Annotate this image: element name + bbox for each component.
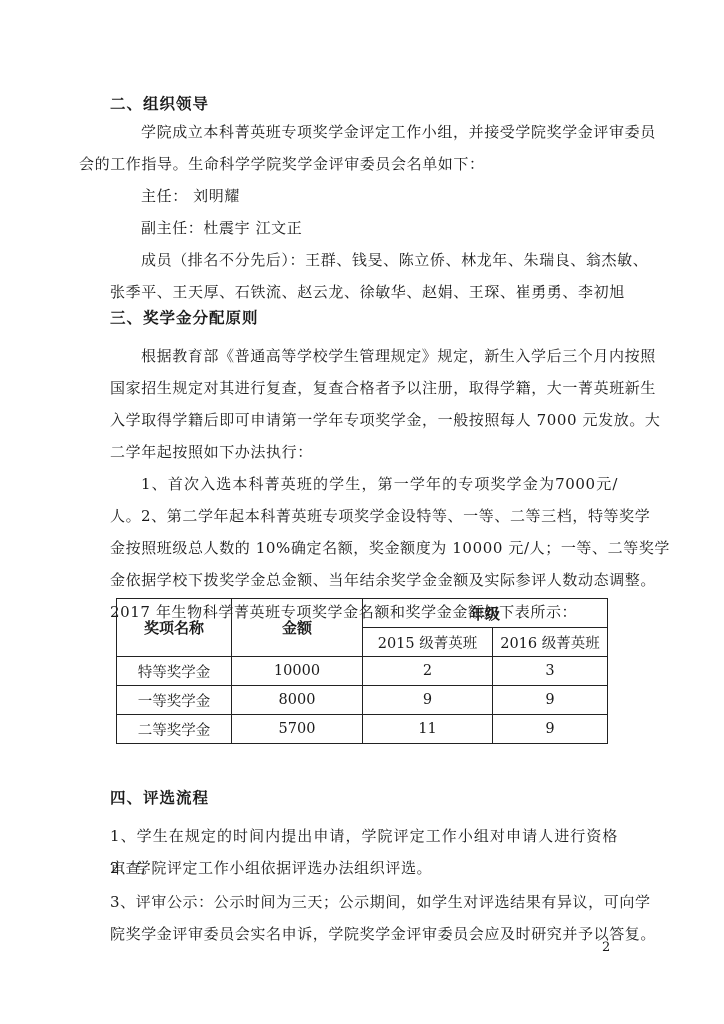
section-heading-process: 四、评选流程 [110,786,209,808]
table-row: 二等奖学金 5700 11 9 [117,715,608,744]
section-heading-organization: 二、组织领导 [110,92,209,114]
text-line: 国家招生规定对其进行复查，复查合格者予以注册，取得学籍，大一菁英班新生 [79,372,618,404]
cell-2015: 9 [363,686,493,715]
text-line: 金依据学校下拨奖学金总金额、当年结余奖学金金额及实际参评人数动态调整。 [79,564,618,596]
text-line: 3、评审公示：公示时间为三天；公示期间，如学生对评选结果有异议，可向学 [110,886,618,918]
director-line: 主任： 刘明耀 [110,180,618,212]
table-row: 特等奖学金 10000 2 3 [117,657,608,686]
cell-2016: 9 [493,715,608,744]
text-line: 二学年起按照如下办法执行： [79,436,618,468]
text-line: 会的工作指导。生命科学学院奖学金评审委员会名单如下： [79,148,618,180]
cell-amount: 5700 [232,715,363,744]
header-grade-2016: 2016 级菁英班 [493,628,608,657]
scholarship-table: 奖项名称 金额 年级 2015 级菁英班 2016 级菁英班 特等奖学金 100… [116,598,608,744]
document-page: 二、组织领导 学院成立本科菁英班专项奖学金评定工作小组，并接受学院奖学金评审委员… [0,0,724,1024]
members-paragraph: 成员（排名不分先后）：王群、钱旻、陈立侨、林龙年、朱瑞良、翁杰敏、 张季平、王天… [110,244,618,308]
cell-award-name: 二等奖学金 [117,715,232,744]
cell-2016: 9 [493,686,608,715]
cell-award-name: 特等奖学金 [117,657,232,686]
page-number: 2 [602,940,610,955]
cell-amount: 10000 [232,657,363,686]
text-line: 入学取得学籍后即可申请第一学年专项奖学金，一般按照每人 7000 元发放。大 [79,404,618,436]
section-heading-principles: 三、奖学金分配原则 [110,306,259,328]
table-row: 一等奖学金 8000 9 9 [117,686,608,715]
text-line: 院奖学金评审委员会实名申诉，学院奖学金评审委员会应及时研究并予以答复。 [110,918,618,950]
process-item-2: 2、学院评定工作小组依据评选办法组织评选。 [110,852,618,884]
text-line: 成员（排名不分先后）：王群、钱旻、陈立侨、林龙年、朱瑞良、翁杰敏、 [110,244,618,276]
organization-paragraph: 学院成立本科菁英班专项奖学金评定工作小组，并接受学院奖学金评审委员 会的工作指导… [110,116,618,180]
cell-2015: 2 [363,657,493,686]
text-line: 学院成立本科菁英班专项奖学金评定工作小组，并接受学院奖学金评审委员 [110,116,618,148]
cell-2016: 3 [493,657,608,686]
cell-2015: 11 [363,715,493,744]
principles-paragraph: 根据教育部《普通高等学校学生管理规定》规定，新生入学后三个月内按照 国家招生规定… [110,340,618,468]
text-line: 金按照班级总人数的 10%确定名额，奖金额度为 10000 元/人；一等、二等奖… [79,532,618,564]
header-amount: 金额 [232,599,363,657]
header-grade-2015: 2015 级菁英班 [363,628,493,657]
header-award-name: 奖项名称 [117,599,232,657]
header-grade-group: 年级 [363,599,608,628]
cell-amount: 8000 [232,686,363,715]
text-line: 2、第二学年起本科菁英班专项奖学金设特等、一等、二等三档，特等奖学 [110,500,618,532]
text-line: 张季平、王天厚、石铁流、赵云龙、徐敏华、赵娟、王琛、崔勇勇、李初旭 [79,276,618,308]
text-line: 根据教育部《普通高等学校学生管理规定》规定，新生入学后三个月内按照 [110,340,618,372]
deputy-director-line: 副主任：杜震宇 江文正 [110,212,618,244]
cell-award-name: 一等奖学金 [117,686,232,715]
process-item-3: 3、评审公示：公示时间为三天；公示期间，如学生对评选结果有异议，可向学 院奖学金… [110,886,618,950]
